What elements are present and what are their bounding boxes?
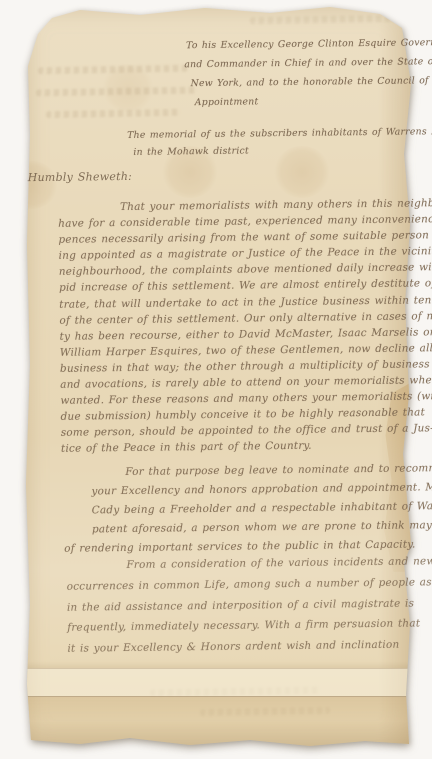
body-paragraph: That your memorialists with many others … [58, 194, 432, 457]
closing-paragraph: From a consideration of the various inci… [62, 551, 432, 660]
ink-line: in the Mohawk district [133, 140, 432, 161]
salutation: Humbly Sheweth: [28, 170, 133, 184]
ink-line: New York, and to the honorable the Counc… [190, 71, 432, 93]
address-block: To his Excellency George Clinton Esquire… [184, 33, 432, 112]
ink-line: it is your Excellency & Honors ardent wi… [67, 634, 432, 659]
document-scan: To his Excellency George Clinton Esquire… [0, 0, 432, 759]
ink-line: Appointment [195, 90, 432, 112]
ink-line: The memorial of us the subscribers inhab… [127, 123, 432, 144]
memorial-heading: The memorial of us the subscribers inhab… [127, 123, 432, 161]
nomination-paragraph: For that purpose beg leave to nominate a… [61, 458, 432, 558]
manuscript-text: To his Excellency George Clinton Esquire… [0, 0, 432, 759]
